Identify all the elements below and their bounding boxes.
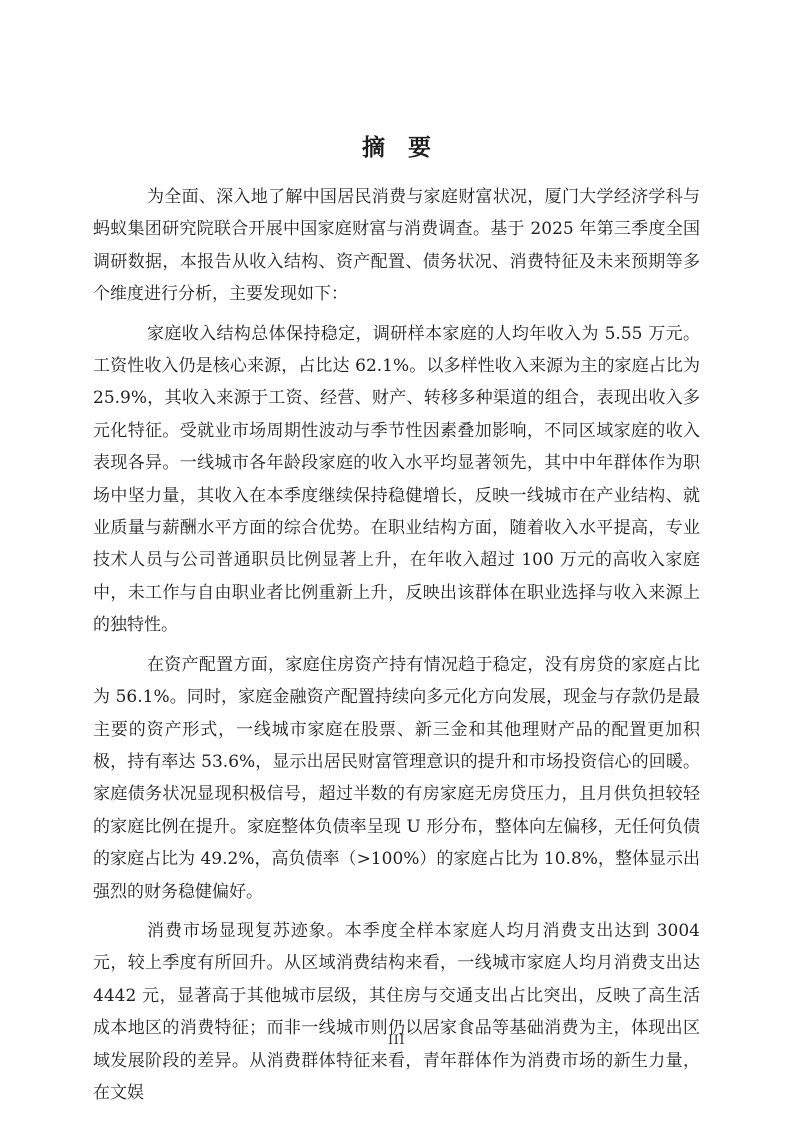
paragraph-income: 家庭收入结构总体保持稳定，调研样本家庭的人均年收入为 5.55 万元。工资性收入… [93, 318, 700, 642]
page-title: 摘 要 [0, 133, 793, 163]
paragraph-assets-debt: 在资产配置方面，家庭住房资产持有情况趋于稳定，没有房贷的家庭占比为 56.1%。… [93, 649, 700, 908]
document-page: 摘 要 为全面、深入地了解中国居民消费与家庭财富状况，厦门大学经济学科与蚂蚁集团… [0, 0, 793, 1122]
page-number: III [388, 1033, 405, 1048]
abstract-body: 为全面、深入地了解中国居民消费与家庭财富状况，厦门大学经济学科与蚂蚁集团研究院联… [93, 181, 700, 1116]
paragraph-intro: 为全面、深入地了解中国居民消费与家庭财富状况，厦门大学经济学科与蚂蚁集团研究院联… [93, 181, 700, 311]
paragraph-consumption: 消费市场显现复苏迹象。本季度全样本家庭人均月消费支出达到 3004 元，较上季度… [93, 915, 700, 1109]
page-footer: III [0, 1029, 793, 1049]
